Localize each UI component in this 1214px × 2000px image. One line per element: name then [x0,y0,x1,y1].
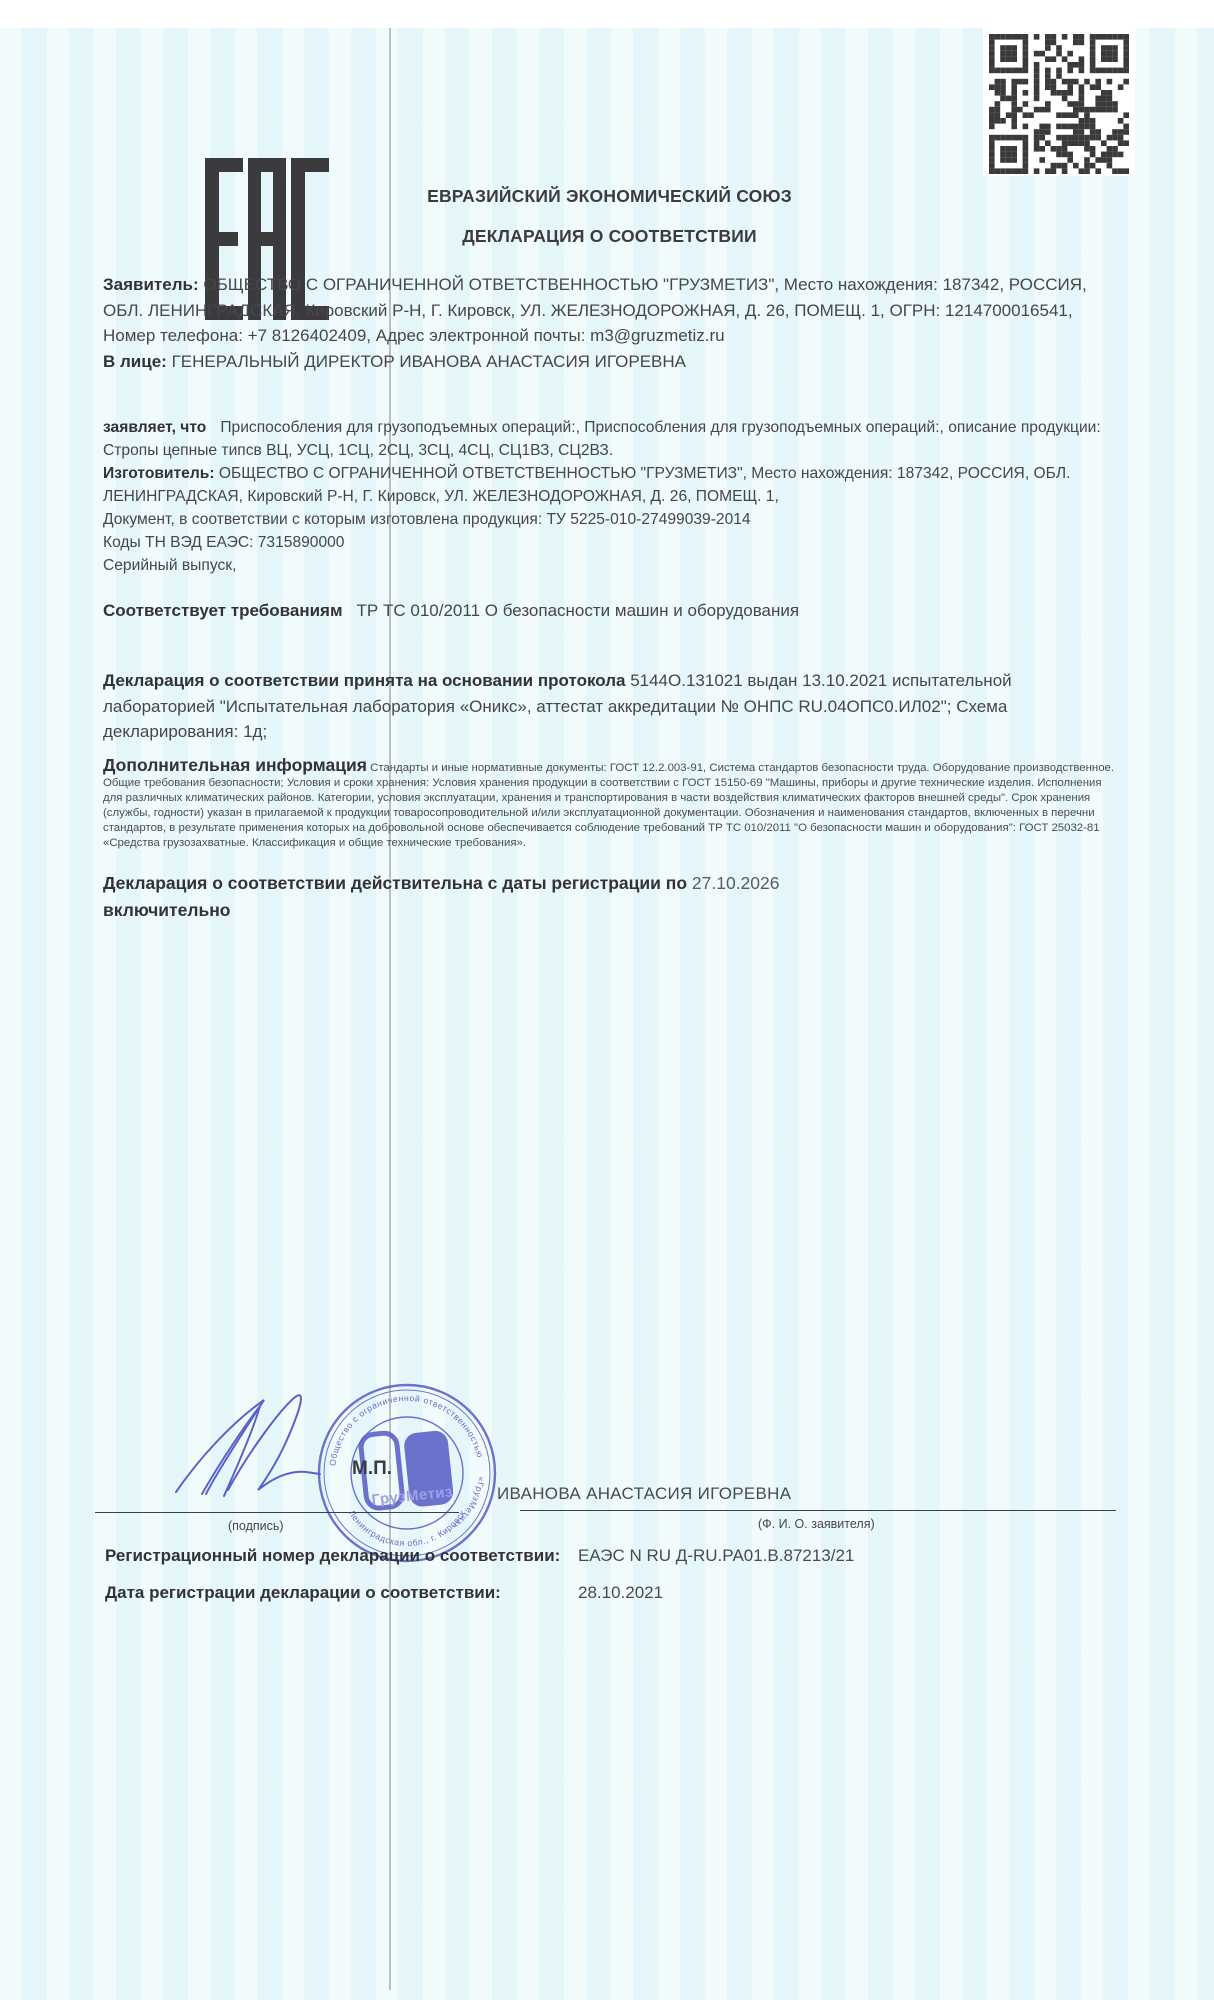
applicant-text: ОБЩЕСТВО С ОГРАНИЧЕННОЙ ОТВЕТСТВЕННОСТЬЮ… [103,275,1087,345]
product-text: Приспособления для грузоподъемных операц… [103,419,1101,459]
tnved-line: Коды ТН ВЭД ЕАЭС: 7315890000 [103,531,1117,554]
validity-suffix: включительно [103,900,230,920]
stamp-logo-text: ГрузМетиз [371,1483,454,1508]
reg-number-label: Регистрационный номер декларации о соотв… [105,1546,560,1566]
basis-paragraph: Декларация о соответствии принята на осн… [103,668,1117,745]
signature-rule [95,1512,459,1513]
additional-text: Стандарты и иные нормативные документы: … [103,762,1114,849]
applicant-label: Заявитель: [103,275,199,294]
manufacture-document-line: Документ, в соответствии с которым изгот… [103,508,1117,531]
signature-caption: (подпись) [228,1519,284,1533]
union-title: ЕВРАЗИЙСКИЙ ЭКОНОМИЧЕСКИЙ СОЮЗ [103,186,1116,207]
basis-label: Декларация о соответствии принята на осн… [103,671,625,690]
reg-date-value: 28.10.2021 [578,1583,663,1603]
applicant-fio: ИВАНОВА АНАСТАСИЯ ИГОРЕВНА [497,1484,791,1504]
doc-title: ДЕКЛАРАЦИЯ О СООТВЕТСТВИИ [103,226,1116,247]
mp-label: М.П. [352,1458,392,1480]
additional-label: Дополнительная информация [103,755,367,775]
declaration-page: ЕВРАЗИЙСКИЙ ЭКОНОМИЧЕСКИЙ СОЮЗ ДЕКЛАРАЦИ… [0,0,1214,2000]
validity-prefix: Декларация о соответствии действительна … [103,873,687,893]
serial-line: Серийный выпуск, [103,554,1117,577]
stamp-ring-bottom-text: Ленинградская обл., г. Кировск [347,1508,468,1548]
validity-date: 27.10.2026 [692,873,780,893]
reg-date-label: Дата регистрации декларации о соответств… [105,1583,501,1603]
in-person-label: В лице: [103,352,167,371]
svg-text:Ленинградская обл., г. Кировск: Ленинградская обл., г. Кировск [347,1508,468,1548]
compliance-value: ТР ТС 010/2011 О безопасности машин и об… [357,601,800,620]
in-person-text: ГЕНЕРАЛЬНЫЙ ДИРЕКТОР ИВАНОВА АНАСТАСИЯ И… [172,352,686,371]
applicant-paragraph: Заявитель: ОБЩЕСТВО С ОГРАНИЧЕННОЙ ОТВЕТ… [103,272,1117,374]
fio-rule [520,1510,1116,1511]
additional-info: Дополнительная информация Стандарты и ин… [103,758,1117,851]
fio-caption: (Ф. И. О. заявителя) [758,1517,875,1531]
manufacturer-text: ОБЩЕСТВО С ОГРАНИЧЕННОЙ ОТВЕТСТВЕННОСТЬЮ… [103,465,1070,505]
declaration-subject: заявляет, чтоПриспособления для грузопод… [103,416,1117,577]
validity-paragraph: Декларация о соответствии действительна … [103,870,1117,924]
company-stamp: Общество с ограниченной ответственностью… [312,1376,502,1571]
manufacturer-label: Изготовитель: [103,465,215,482]
scan-top-margin [0,0,1214,28]
qr-code [983,28,1135,176]
compliance-line: Соответствует требованиямТР ТС 010/2011 … [103,598,1117,624]
compliance-label: Соответствует требованиям [103,601,343,620]
declares-label: заявляет, что [103,419,206,436]
reg-number-value: ЕАЭС N RU Д-RU.РА01.В.87213/21 [578,1546,854,1566]
